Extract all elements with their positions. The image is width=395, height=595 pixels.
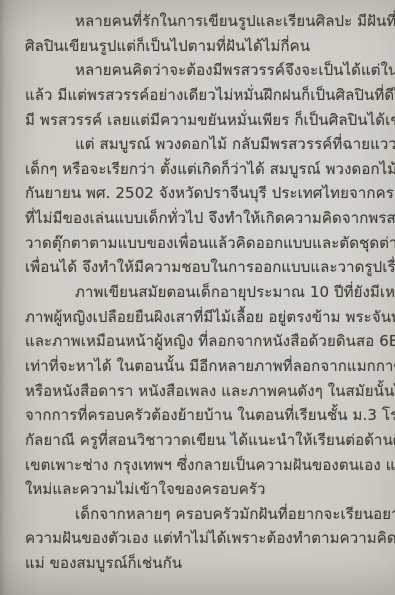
text-line: เด็กๆ หรือจะเรียกว่า ตั้งแต่เกิดก็ว่าได้… bbox=[25, 157, 383, 182]
text-line: เพื่อนได้ จึงทำให้มีความชอบในการออกแบบแล… bbox=[25, 255, 383, 280]
text-line: หลายคนคิดว่าจะต้องมีพรสวรรค์จึงจะเป็นได้… bbox=[25, 58, 383, 83]
text-line: จากการที่ครอบครัวต้องย้ายบ้าน ในตอนที่เร… bbox=[25, 403, 383, 428]
paragraph: ภาพเขียนสมัยตอนเด็กอายุประมาณ 10 ปีที่ยั… bbox=[25, 280, 383, 502]
text-line: เด็กจากหลายๆ ครอบครัวมักฝันที่อยากจะเรีย… bbox=[25, 502, 383, 527]
paragraph: เด็กจากหลายๆ ครอบครัวมักฝันที่อยากจะเรีย… bbox=[25, 502, 383, 576]
text-line: และภาพเหมือนหน้าผู้หญิง ที่ลอกจากหนังสือ… bbox=[25, 329, 383, 354]
text-line: แต่ สมบูรณ์ พวงดอกไม้ กลับมีพรสวรรค์ที่ฉ… bbox=[25, 132, 383, 157]
text-line: เขตเพาะช่าง กรุงเทพฯ ซึ่งกลายเป็นความฝัน… bbox=[25, 453, 383, 478]
text-line: หรือหนังสือดารา หนังสือเพลง และภาพคนดังๆ… bbox=[25, 379, 383, 404]
text-line: ศิลปินเขียนรูปแต่ก็เป็นไปตามที่ฝันได้ไม่… bbox=[25, 34, 383, 59]
body-text: หลายคนที่รักในการเขียนรูปและเรียนศิลปะ ม… bbox=[25, 9, 383, 576]
text-line: มี พรสวรรค์ เลยแต่มีความขยันหมั่นเพียร ก… bbox=[25, 108, 383, 133]
text-line: แม่ ของสมบูรณ์ก็เช่นกัน bbox=[25, 551, 383, 576]
text-line: ภาพผู้หญิงเปลือยยืนผิงเสาที่มีไม้เลื้อย … bbox=[25, 305, 383, 330]
paragraph: แต่ สมบูรณ์ พวงดอกไม้ กลับมีพรสวรรค์ที่ฉ… bbox=[25, 132, 383, 280]
text-line: กันยายน พศ. 2502 จังหวัดปราจีนบุรี ประเท… bbox=[25, 181, 383, 206]
text-line: ที่ไม่มีของเล่นแบบเด็กทั่วไป จึงทำให้เกิ… bbox=[25, 206, 383, 231]
text-line: ภาพเขียนสมัยตอนเด็กอายุประมาณ 10 ปีที่ยั… bbox=[25, 280, 383, 305]
paragraph: หลายคนคิดว่าจะต้องมีพรสวรรค์จึงจะเป็นได้… bbox=[25, 58, 383, 132]
book-page: หลายคนที่รักในการเขียนรูปและเรียนศิลปะ ม… bbox=[0, 0, 395, 595]
text-line: ความฝันของตัวเอง แต่ทำไม่ได้เพราะต้องทำต… bbox=[25, 526, 383, 551]
text-line: เท่าที่จะหาได้ ในตอนนั้น มีอีกหลายภาพที่… bbox=[25, 354, 383, 379]
paragraph: หลายคนที่รักในการเขียนรูปและเรียนศิลปะ ม… bbox=[25, 9, 383, 58]
text-line: หลายคนที่รักในการเขียนรูปและเรียนศิลปะ ม… bbox=[25, 9, 383, 34]
text-line: ใหม่และความไม่เข้าใจของครอบครัว bbox=[25, 477, 383, 502]
text-line: วาดตุ๊กตาตามแบบของเพื่อนแล้วคิดออกแบบและ… bbox=[25, 231, 383, 256]
text-line: แล้ว มีแต่พรสวรรค์อย่างเดียวไม่หมั่นฝึกฝ… bbox=[25, 83, 383, 108]
text-line: กัลยาณี ครูที่สอนวิชาวาดเขียน ได้แนะนำให… bbox=[25, 428, 383, 453]
